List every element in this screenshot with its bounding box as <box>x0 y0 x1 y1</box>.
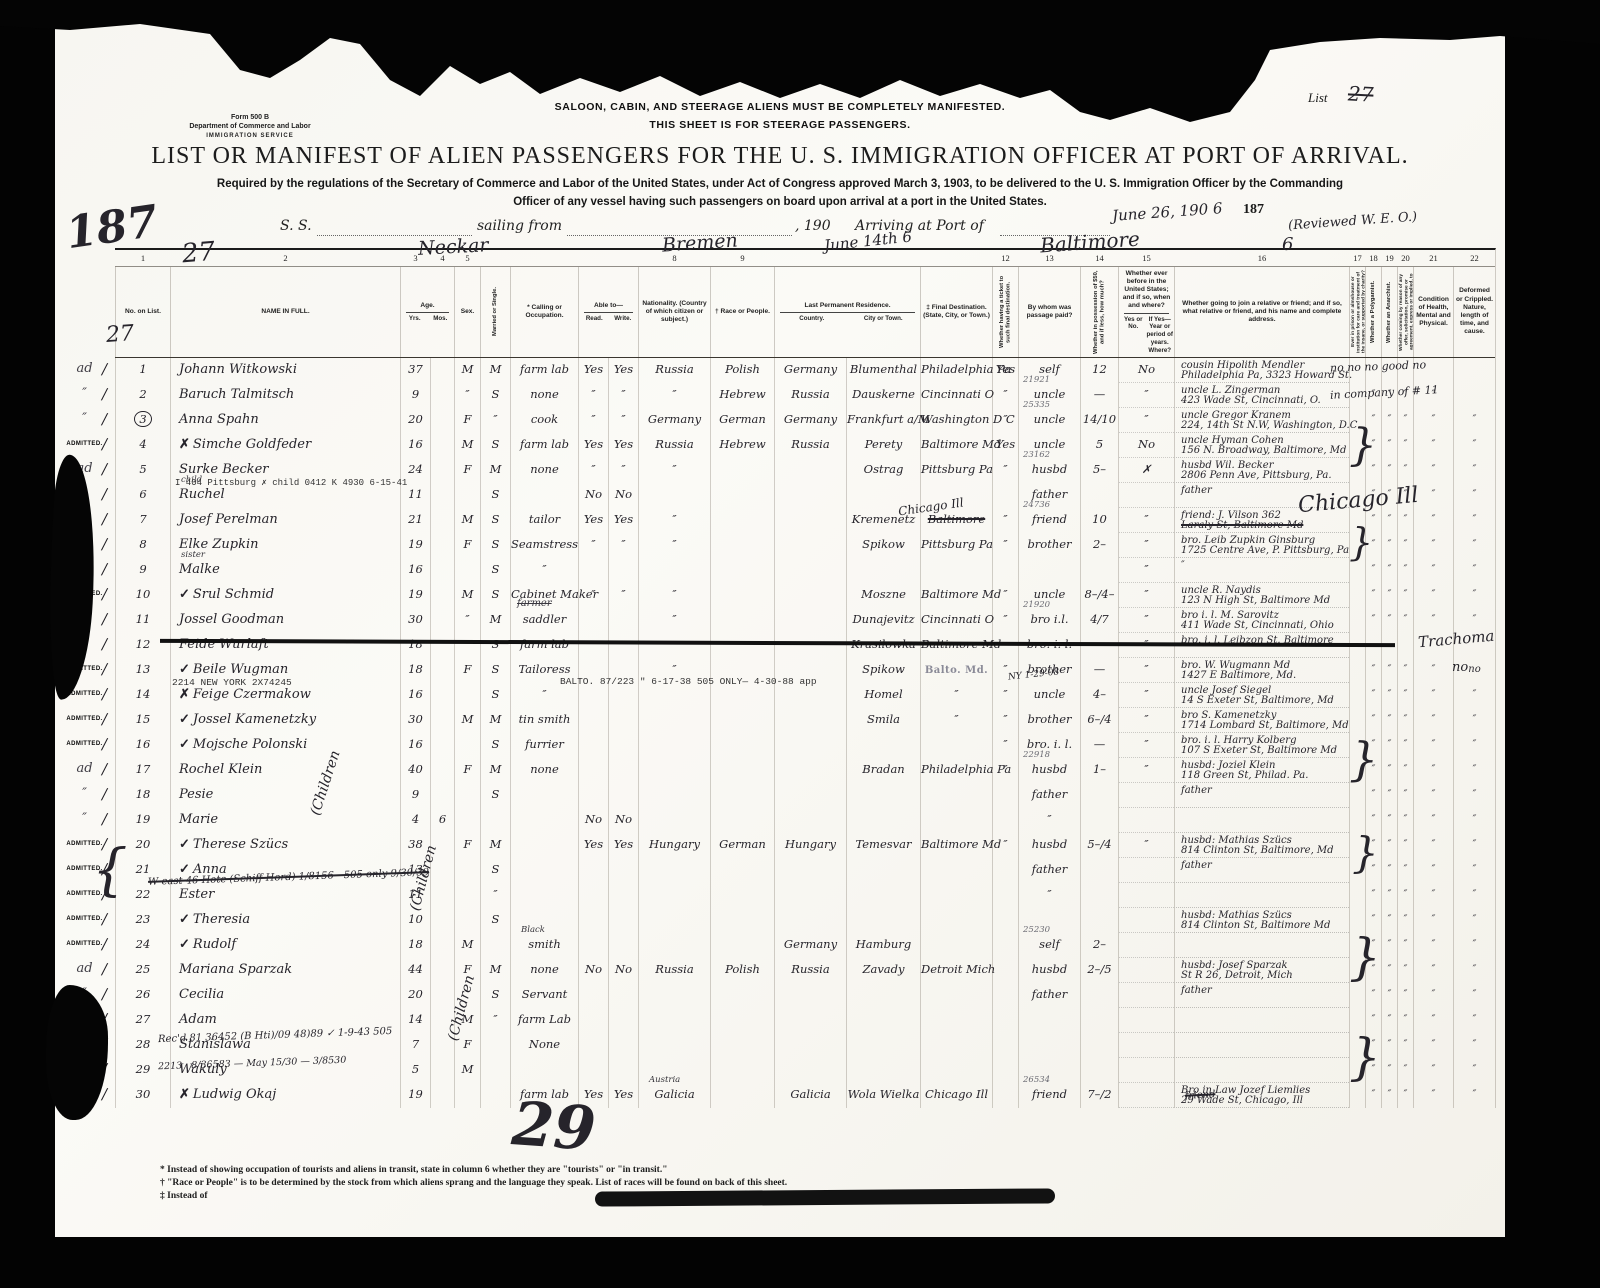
cell-read <box>578 983 608 1008</box>
column-header-label: Age. <box>402 302 453 310</box>
ink-smudge-bottom <box>595 1188 1055 1206</box>
cell-read: ″ <box>578 383 608 408</box>
occupation: farm lab <box>520 637 569 651</box>
cell-city <box>846 1033 920 1058</box>
cell-before: ″ <box>1118 383 1174 408</box>
list-number: 30 <box>136 1087 151 1101</box>
row-tally-mark: ∕ <box>102 860 107 878</box>
passenger-name: Malke <box>179 562 220 577</box>
cell-call: none <box>510 383 578 408</box>
relative-line-2: 1725 Centre Ave, P. Pittsburg, Pa <box>1181 546 1349 556</box>
cell-deformed: ″ <box>1453 783 1495 808</box>
row-tally-mark: ∕ <box>102 410 107 428</box>
nationality: Russia <box>655 362 693 376</box>
table-row: ADMITTED.∕20✓Therese Szücs38FMYesYesHung… <box>115 833 1495 858</box>
cell-dest <box>920 933 992 958</box>
passage-contract-number: 22918 <box>1023 750 1050 760</box>
cell-deformed: ″ <box>1453 733 1495 758</box>
cell-relative: uncle R. Naydis123 N High St, Baltimore … <box>1174 583 1349 608</box>
cell-c20: ″ <box>1397 833 1413 858</box>
cell-c18: ″ <box>1365 683 1381 708</box>
passage-paid-by: ″ <box>1047 887 1051 901</box>
cell-before: ″ <box>1118 658 1174 683</box>
sailing-port-blank <box>567 234 792 236</box>
cell-read <box>578 1008 608 1033</box>
cell-relative <box>1174 808 1349 833</box>
cell-race <box>710 458 774 483</box>
row-tally-mark: ∕ <box>102 910 107 928</box>
cell-call: tailor <box>510 508 578 533</box>
cell-sex <box>454 483 480 508</box>
cell-mar: S <box>480 433 510 458</box>
list-number: 26 <box>136 987 151 1001</box>
cell-call <box>510 833 578 858</box>
table-row: ″∕18Pesie9Sfatherfather″″″″″ <box>115 783 1495 808</box>
cell-deformed: ″ <box>1453 533 1495 558</box>
cell-dest: Detroit Mich <box>920 958 992 983</box>
cell-deformed: ″ <box>1453 608 1495 633</box>
cell-before <box>1118 983 1174 1008</box>
cell-name: ✓Theresia <box>170 908 400 933</box>
cell-paidby: 22918husbd <box>1018 758 1080 783</box>
cell-write: ″ <box>608 583 638 608</box>
cell-read <box>578 633 608 658</box>
column-number: 8 <box>638 250 710 266</box>
cell-write: Yes <box>608 508 638 533</box>
cell-race: Polish <box>710 358 774 383</box>
cell-dest: ″ <box>920 708 992 733</box>
destination: Baltimore Md <box>921 437 1001 451</box>
row-tally-mark: ∕ <box>102 760 107 778</box>
passage-contract-number: 25230 <box>1023 925 1050 935</box>
occupation: smith <box>528 937 561 951</box>
cell-name: Adam <box>170 1008 400 1033</box>
cell-money: 8–/4– <box>1080 583 1118 608</box>
nationality: Russia <box>655 962 693 976</box>
cell-city: Ostrag <box>846 458 920 483</box>
cell-write <box>608 733 638 758</box>
cell-country: Hungary <box>774 833 846 858</box>
column-header-row: No. on List.NAME IN FULL.Age.Yrs.Mos.Sex… <box>115 267 1495 358</box>
cell-c18: ″ <box>1365 558 1381 583</box>
cell-country <box>774 808 846 833</box>
cell-yrs: 16 <box>400 733 430 758</box>
cell-mos <box>430 433 454 458</box>
row-tally-mark: ∕ <box>102 785 107 803</box>
cell-c17 <box>1349 358 1365 383</box>
cell-name: ✓Rudolf <box>170 933 400 958</box>
cell-mos <box>430 1008 454 1033</box>
row-check-mark: ✗ <box>179 437 190 452</box>
cell-c18: ″ <box>1365 458 1381 483</box>
cell-mos <box>430 1058 454 1083</box>
cell-nat <box>638 933 710 958</box>
cell-ticket: ″ <box>992 683 1018 708</box>
passage-paid-by: uncle <box>1034 587 1066 601</box>
cell-no: 29 <box>115 1058 170 1083</box>
cell-race <box>710 658 774 683</box>
cell-read <box>578 858 608 883</box>
cell-money: 4– <box>1080 683 1118 708</box>
cell-nat: Germany <box>638 408 710 433</box>
cell-c18: ″ <box>1365 508 1381 533</box>
cell-before: No <box>1118 358 1174 383</box>
column-header-label: Whether an Anarchist. <box>1386 269 1392 355</box>
cell-mos <box>430 783 454 808</box>
cell-yrs: 20 <box>400 983 430 1008</box>
cell-ticket <box>992 908 1018 933</box>
cell-relative: husbd Wil. Becker2806 Penn Ave, Pittsbur… <box>1174 458 1349 483</box>
cell-before: ″ <box>1118 508 1174 533</box>
cell-health: ″ <box>1413 933 1453 958</box>
table-row: ∕29Wakuly5M″″″″″ <box>115 1058 1495 1083</box>
occupation: tin smith <box>519 712 571 726</box>
relative-line-2: 29 Wade St, Chicago, Ill <box>1181 1096 1349 1106</box>
row-tally-mark: ∕ <box>102 735 107 753</box>
sailing-from-label: sailing from <box>477 218 562 234</box>
cell-mar: M <box>480 958 510 983</box>
cell-city: Spikow <box>846 533 920 558</box>
cell-c17 <box>1349 433 1365 458</box>
cell-dest: Philadelphia Pa <box>920 758 992 783</box>
cell-ticket: ″ <box>992 508 1018 533</box>
cell-call <box>510 808 578 833</box>
table-row: ″∕7Josef Perelman21MStailorYesYes″Kremen… <box>115 508 1495 533</box>
cell-race <box>710 808 774 833</box>
cell-nat <box>638 758 710 783</box>
cell-before: ″ <box>1118 608 1174 633</box>
table-row: ∕28Stanislawa7FNone″″″″″ <box>115 1033 1495 1058</box>
passage-paid-by: bro. i. l. <box>1027 737 1072 751</box>
column-number: 14 <box>1080 250 1118 266</box>
cell-mar: M <box>480 758 510 783</box>
cell-paidby: brother <box>1018 658 1080 683</box>
row-tally-mark: ∕ <box>102 435 107 453</box>
column-header-label: Whether a Polygamist. <box>1370 269 1376 355</box>
cell-write <box>608 658 638 683</box>
column-header: Ever in prison or almshouse or instituti… <box>1349 267 1365 357</box>
cell-nat: ″ <box>638 533 710 558</box>
cell-c20: ″ <box>1397 708 1413 733</box>
cell-country <box>774 1033 846 1058</box>
footnote-1: * Instead of showing occupation of touri… <box>160 1165 667 1175</box>
cell-nat <box>638 733 710 758</box>
cell-nat: AustriaGalicia <box>638 1083 710 1108</box>
cell-before <box>1118 933 1174 958</box>
row-tally-mark: ∕ <box>102 685 107 703</box>
cell-nat <box>638 1008 710 1033</box>
arrival-port-blank <box>1000 234 1110 236</box>
cell-nat <box>638 1033 710 1058</box>
column-header: ‡ Final Destination. (State, City, or To… <box>920 267 992 357</box>
cell-sex: M <box>454 933 480 958</box>
row-tally-mark: ∕ <box>102 710 107 728</box>
destination: Cincinnati O <box>921 387 994 401</box>
cell-deformed: no <box>1453 658 1495 683</box>
column-header-label: Whether coming by reason of any offer, s… <box>1399 269 1413 355</box>
cell-write: Yes <box>608 358 638 383</box>
list-number: 8 <box>139 537 146 551</box>
cell-mar: ″ <box>480 883 510 908</box>
cell-mar: S <box>480 658 510 683</box>
occupation: none <box>530 462 559 476</box>
cell-write: ″ <box>608 533 638 558</box>
cell-ticket <box>992 633 1018 658</box>
cell-c20: ″ <box>1397 1058 1413 1083</box>
cell-before <box>1118 1083 1174 1108</box>
column-header-label: Whether in possession of $50, and if les… <box>1093 269 1106 355</box>
cell-mos <box>430 458 454 483</box>
passage-paid-by: friend <box>1032 1087 1067 1101</box>
list-number: 20 <box>136 837 151 851</box>
cell-c18: ″ <box>1365 783 1381 808</box>
cell-yrs: 13 <box>400 858 430 883</box>
cell-mar: S <box>480 633 510 658</box>
cell-nat <box>638 683 710 708</box>
passage-paid-by: bro. i. l. <box>1027 637 1072 651</box>
cell-no: 28 <box>115 1033 170 1058</box>
cell-relative <box>1174 883 1349 908</box>
cell-c17 <box>1349 583 1365 608</box>
table-row: ADMITTED.∕23✓Theresia10Shusbd: Mathias S… <box>115 908 1495 933</box>
destination: ″ <box>954 687 958 701</box>
cell-money: 12 <box>1080 358 1118 383</box>
arriving-label: Arriving at Port of <box>855 218 984 234</box>
cell-country <box>774 733 846 758</box>
cell-yrs: 9 <box>400 383 430 408</box>
cell-city: Homel <box>846 683 920 708</box>
cell-paidby: 23162husbd <box>1018 458 1080 483</box>
cell-name: Stanislawa <box>170 1033 400 1058</box>
passenger-name: Johann Witkowski <box>179 362 297 377</box>
cell-relative: husbd: Mathias Szücs814 Clinton St, Balt… <box>1174 833 1349 858</box>
cell-city: Krasilowka <box>846 633 920 658</box>
footnote-3: ‡ Instead of <box>160 1191 208 1201</box>
column-header-label: Ever in prison or almshouse or instituti… <box>1351 269 1365 355</box>
table-row: ∕12Feide Wurlaft18Sfarm labKrasilowkaBal… <box>115 633 1495 658</box>
column-number <box>510 250 578 266</box>
list-number: 29 <box>136 1062 151 1076</box>
cell-sex <box>454 783 480 808</box>
cell-sex <box>454 908 480 933</box>
relative-line-2: 224, 14th St N.W, Washington, D.C. <box>1181 421 1349 431</box>
table-row: ad∕17Rochel Klein40FMnoneBradanPhiladelp… <box>115 758 1495 783</box>
list-number: 15 <box>136 712 151 726</box>
nationality: Galicia <box>654 1087 694 1101</box>
cell-no: 8 <box>115 533 170 558</box>
header-divider <box>1124 313 1169 314</box>
cell-relative: cousin Hipolith MendlerPhiladelphia Pa, … <box>1174 358 1349 383</box>
cell-name: Ruchelchild <box>170 483 400 508</box>
cell-race <box>710 683 774 708</box>
cell-write <box>608 608 638 633</box>
cell-relative: bro. i. l. Leibzon St. Baltimore <box>1174 633 1349 658</box>
cell-dest <box>920 883 992 908</box>
cell-yrs: 19 <box>400 533 430 558</box>
cell-city: Hamburg <box>846 933 920 958</box>
relative-line-1: father <box>1181 486 1349 496</box>
occupation-note: Black <box>521 926 545 935</box>
cell-mos <box>430 733 454 758</box>
cell-city: Wola Wielka <box>846 1083 920 1108</box>
table-row: ADMITTED.∕14✗Feige Czermakow16S″Homel″″u… <box>115 683 1495 708</box>
cell-yrs: 20 <box>400 408 430 433</box>
cell-health: ″ <box>1413 433 1453 458</box>
cell-race <box>710 508 774 533</box>
passage-contract-number: 21920 <box>1023 600 1050 610</box>
column-subheader-label: Write. <box>609 315 638 323</box>
passage-paid-by: father <box>1032 987 1067 1001</box>
cell-c17 <box>1349 983 1365 1008</box>
cell-dest <box>920 483 992 508</box>
cell-mos <box>430 533 454 558</box>
table-row: ad∕11Jossel Goodman30″Msaddler″Dunajevit… <box>115 608 1495 633</box>
cell-race <box>710 733 774 758</box>
cell-c17 <box>1349 733 1365 758</box>
column-header: Age.Yrs.Mos. <box>400 267 454 357</box>
cell-city <box>846 983 920 1008</box>
cell-name: Mariana Sparzak <box>170 958 400 983</box>
cell-health: ″ <box>1413 1058 1453 1083</box>
cell-no: 11 <box>115 608 170 633</box>
cell-relative <box>1174 1058 1349 1083</box>
table-row: ADMITTED.∕4✗Simche Goldfeder16MSfarm lab… <box>115 433 1495 458</box>
cell-money <box>1080 808 1118 833</box>
cell-yrs: 30 <box>400 708 430 733</box>
cell-country <box>774 608 846 633</box>
row-check-mark: ✓ <box>179 937 190 952</box>
cell-read <box>578 1033 608 1058</box>
cell-read: No <box>578 483 608 508</box>
cell-ticket <box>992 558 1018 583</box>
cell-read <box>578 683 608 708</box>
cell-name: Surke Becker <box>170 458 400 483</box>
cell-sex: F <box>454 658 480 683</box>
cell-mos <box>430 708 454 733</box>
cell-before: ″ <box>1118 683 1174 708</box>
cell-deformed: ″ <box>1453 683 1495 708</box>
cell-race <box>710 858 774 883</box>
column-number: 18 <box>1365 250 1381 266</box>
cell-paidby: 24736friend <box>1018 508 1080 533</box>
cell-c19: ″ <box>1381 758 1397 783</box>
cell-c17 <box>1349 933 1365 958</box>
cell-c18: ″ <box>1365 883 1381 908</box>
cell-c19: ″ <box>1381 983 1397 1008</box>
row-check-mark: ✓ <box>179 837 190 852</box>
cell-call: Blacksmith <box>510 933 578 958</box>
cell-nat: ″ <box>638 608 710 633</box>
cell-city: Moszne <box>846 583 920 608</box>
scanned-manifest-page: Form 500 B Department of Commerce and La… <box>0 0 1600 1288</box>
cell-mar: S <box>480 533 510 558</box>
cell-call: furrier <box>510 733 578 758</box>
cell-sex: F <box>454 958 480 983</box>
cell-city: Frankfurt a/M <box>846 408 920 433</box>
cell-city: Smila <box>846 708 920 733</box>
list-number: 25 <box>136 962 151 976</box>
cell-deformed: ″ <box>1453 808 1495 833</box>
cell-yrs: 7 <box>400 1033 430 1058</box>
cell-country: Russia <box>774 433 846 458</box>
cell-mos <box>430 758 454 783</box>
nationality: ″ <box>672 537 676 551</box>
cell-nat <box>638 908 710 933</box>
column-subheaders: Yes or No.If Yes— Year or period of year… <box>1120 316 1173 355</box>
cell-c17 <box>1349 1083 1365 1108</box>
row-tally-mark: ∕ <box>102 535 107 553</box>
row-tally-mark: ∕ <box>102 935 107 953</box>
row-tally-mark: ∕ <box>102 385 107 403</box>
cell-c17 <box>1349 1058 1365 1083</box>
table-row: ADMITTED.∕13✓Beile Wugman18FSTailoress″S… <box>115 658 1495 683</box>
cell-c17 <box>1349 758 1365 783</box>
cell-mar: ″ <box>480 408 510 433</box>
cell-money <box>1080 1058 1118 1083</box>
cell-relative: Bro in Law Jozef Liemlies29 Wade St, Chi… <box>1174 1083 1349 1108</box>
manifest-sheet: Form 500 B Department of Commerce and La… <box>55 15 1505 1237</box>
cell-deformed: ″ <box>1453 933 1495 958</box>
cell-c17 <box>1349 958 1365 983</box>
cell-read <box>578 1058 608 1083</box>
cell-name: Malkesister <box>170 558 400 583</box>
cell-ticket <box>992 983 1018 1008</box>
cell-no: 10 <box>115 583 170 608</box>
cell-c18: ″ <box>1365 858 1381 883</box>
cell-deformed: ″ <box>1453 558 1495 583</box>
passage-paid-by: husbd <box>1032 462 1067 476</box>
cell-call: Tailoress <box>510 658 578 683</box>
passage-paid-by: father <box>1032 862 1067 876</box>
table-row: ∕30✗Ludwig Okaj19farm labYesYesAustriaGa… <box>115 1083 1495 1108</box>
ship-name-blank <box>317 234 472 236</box>
list-number: 22 <box>136 887 151 901</box>
column-header-label: Married or Single. <box>492 269 498 355</box>
cell-health: ″ <box>1413 1033 1453 1058</box>
cell-before: ✗ <box>1118 458 1174 483</box>
occupation: farm lab <box>520 362 569 376</box>
passenger-name: Adam <box>179 1012 217 1027</box>
cell-nat: Russia <box>638 358 710 383</box>
column-header: Last Permanent Residence.Country.City or… <box>774 267 920 357</box>
cell-country: Germany <box>774 933 846 958</box>
list-number: 17 <box>136 762 151 776</box>
row-check-mark: ✓ <box>179 587 190 602</box>
passenger-name: Pesie <box>179 787 213 802</box>
cell-call: farm lab <box>510 1083 578 1108</box>
cell-write: Yes <box>608 433 638 458</box>
row-tally-mark: ∕ <box>102 635 107 653</box>
cell-dest: Washington D C <box>920 408 992 433</box>
cell-c20: ″ <box>1397 483 1413 508</box>
cell-money: 1– <box>1080 758 1118 783</box>
passenger-name: Simche Goldfeder <box>193 437 311 452</box>
cell-write: No <box>608 958 638 983</box>
cell-c17 <box>1349 858 1365 883</box>
cell-health: ″ <box>1413 583 1453 608</box>
cell-money <box>1080 908 1118 933</box>
cell-health: ″ <box>1413 1008 1453 1033</box>
cell-mar: ″ <box>480 1008 510 1033</box>
cell-deformed: ″ <box>1453 433 1495 458</box>
year-label: , 190 <box>795 218 831 234</box>
cell-mos: 6 <box>430 808 454 833</box>
destination: Balto. Md. <box>925 665 988 676</box>
passage-contract-number: 26534 <box>1023 1075 1050 1085</box>
column-number: 9 <box>710 250 774 266</box>
column-number: 12 <box>992 250 1018 266</box>
cell-nat <box>638 808 710 833</box>
